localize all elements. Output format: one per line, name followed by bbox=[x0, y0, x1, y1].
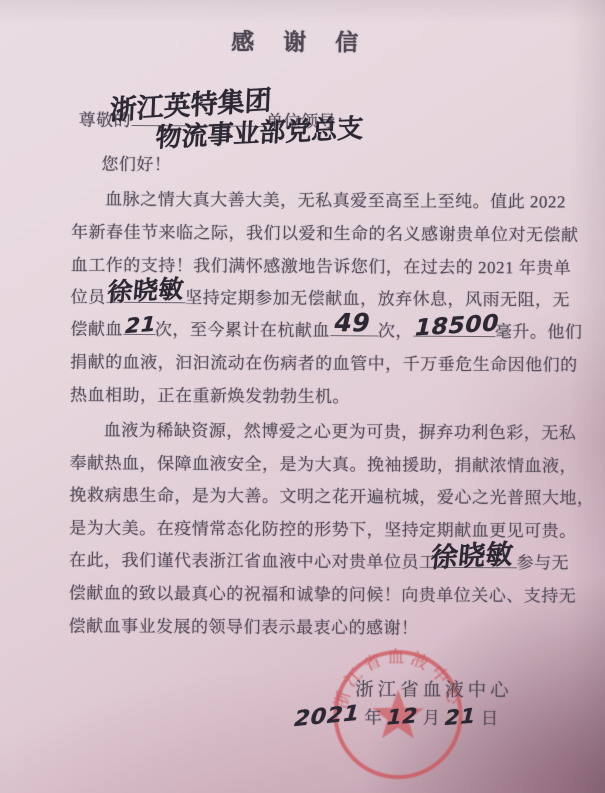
day-label: 日 bbox=[481, 705, 499, 730]
donor-name-blank2: 徐晓敏 bbox=[436, 550, 516, 568]
handwritten-day: 21 bbox=[442, 704, 479, 730]
paragraph2-line3: 挽救病患生命，是为大善。文明之花开遍杭城，爱心之光普照大地， bbox=[69, 481, 594, 509]
paragraph1-line5-text-b: 次，至今累计在杭献血 bbox=[155, 315, 330, 341]
handwritten-year: 2021 bbox=[291, 701, 363, 732]
paragraph2-line5-text-a: 在此，我们谨代表浙江省血液中心对贵单位员工 bbox=[69, 546, 437, 573]
handwritten-donation-times: 21 bbox=[122, 312, 159, 338]
paragraph1-line4-text-b: 坚持定期参加无偿献血，放弃休息，风雨无阻，无 bbox=[185, 283, 570, 310]
paragraph1-line5-text-d: 毫升。他们 bbox=[495, 317, 583, 343]
letter-title: 感谢信 bbox=[231, 24, 387, 58]
donor-name-blank: 徐晓敏 bbox=[123, 285, 185, 303]
year-label: 年 bbox=[364, 704, 382, 729]
paragraph2-line6: 偿献血的致以最真心的祝福和诚挚的问候！向贵单位关心、支持无 bbox=[69, 579, 577, 607]
paragraph1-line2: 年新春佳节来临之际，我们以爱和生命的名义感谢贵单位对无偿献 bbox=[71, 218, 579, 246]
paragraph1-line6: 捐献的血液，汩汩流动在伤病者的血管中，千万垂危生命因他们的 bbox=[70, 348, 578, 376]
letter-photo: 感谢信 尊敬的 单位领导： 浙江英特集团 物流事业部党总支 您们好！ 血脉之情大… bbox=[0, 0, 605, 793]
month-label: 月 bbox=[422, 705, 440, 730]
greeting: 您们好！ bbox=[101, 150, 171, 175]
paragraph1-line7: 热血相助，正在重新焕发勃勃生机。 bbox=[70, 381, 350, 408]
signature-organization: 浙江省血液中心 bbox=[355, 675, 513, 702]
total-ml-blank: 18500 bbox=[413, 319, 495, 338]
paragraph2-line2: 奉献热血，保障血液安全，是为大真。挽袖援助，捐献浓情血液， bbox=[70, 449, 578, 477]
handwritten-donor-name2: 徐晓敏 bbox=[429, 532, 515, 575]
letter-page: 感谢信 尊敬的 单位领导： 浙江英特集团 物流事业部党总支 您们好！ 血脉之情大… bbox=[0, 0, 605, 793]
handwritten-month: 12 bbox=[384, 703, 421, 729]
paragraph1-line4: 位员工 徐晓敏 坚持定期参加无偿献血，放弃休息，风雨无阻，无 bbox=[71, 283, 571, 311]
handwritten-total-ml: 18500 bbox=[411, 310, 501, 341]
paragraph2-line5: 在此，我们谨代表浙江省血液中心对贵单位员工 徐晓敏 参与无 bbox=[69, 546, 569, 574]
donation-times-blank: 21 bbox=[123, 317, 155, 335]
paragraph1-line5-text-a: 偿献血 bbox=[70, 315, 123, 340]
paragraph1-line1: 血脉之情大真大善大美，无私真爱至高至上至纯。值此 2022 bbox=[105, 185, 566, 213]
paragraph1-line5-text-c: 次， bbox=[378, 316, 413, 341]
signature-date: 2021 年 12 月 21 日 bbox=[295, 704, 499, 730]
handwritten-donor-name: 徐晓敏 bbox=[105, 269, 185, 309]
handwritten-total-times: 49 bbox=[331, 308, 373, 337]
paragraph2-line5-text-b: 参与无 bbox=[516, 548, 569, 573]
paragraph1-line5: 偿献血 21 次，至今累计在杭献血 49 次， 18500 毫升。他们 bbox=[70, 315, 582, 343]
total-times-blank: 49 bbox=[330, 318, 378, 336]
paragraph2-line1: 血液为稀缺资源，然博爱之心更为可贵，摒弃功利色彩，无私 bbox=[104, 416, 577, 444]
